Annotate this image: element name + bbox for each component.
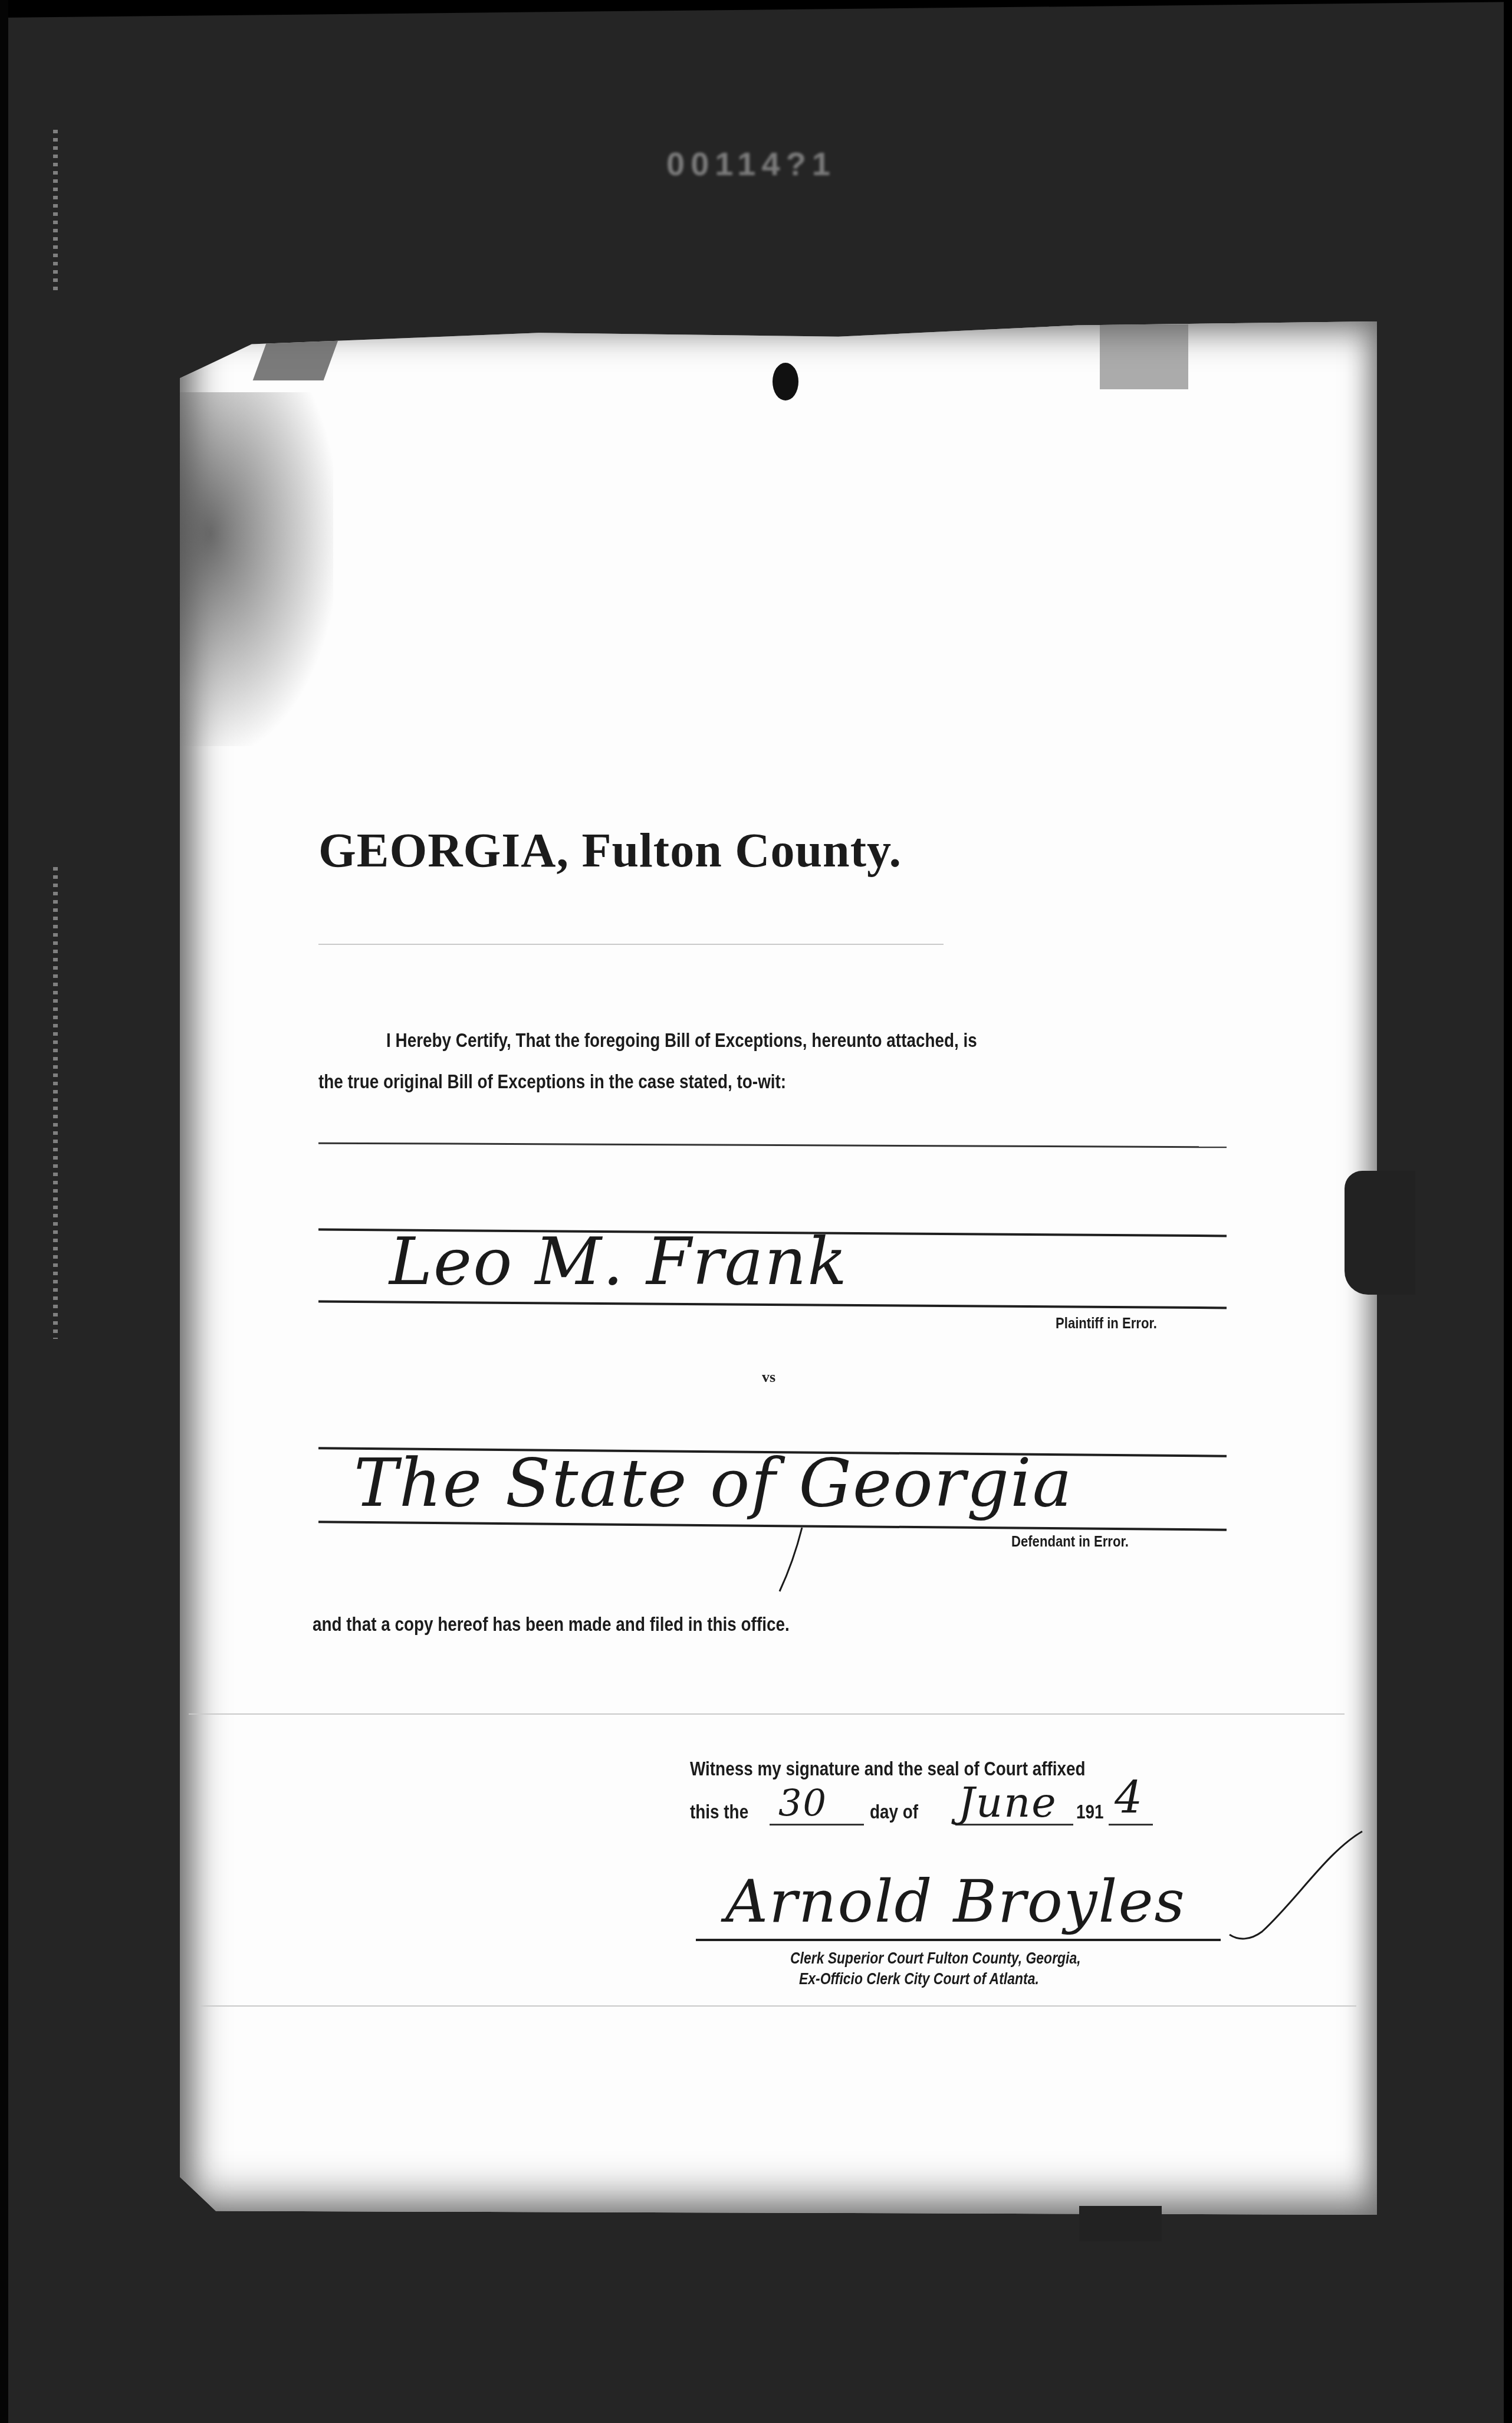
page-clip-tab: [1345, 1171, 1415, 1295]
defendant-label: Defendant in Error.: [1011, 1532, 1129, 1551]
film-edge-top: [0, 0, 1512, 18]
film-edge-right: [1504, 0, 1512, 2423]
witness-year-prefix: 191: [1076, 1801, 1104, 1824]
year-blank: [1109, 1824, 1153, 1826]
clerk-signature: Arnold Broyles: [725, 1867, 1186, 1936]
document-heading: GEORGIA, Fulton County.: [318, 823, 902, 878]
plaintiff-label: Plaintiff in Error.: [1056, 1314, 1157, 1332]
microfilm-frame-number: 00114?1: [666, 145, 836, 183]
page-stain: [180, 392, 333, 746]
year-handwritten: 4: [1115, 1772, 1143, 1823]
page-tear: [1100, 324, 1188, 389]
defendant-handwritten-name: The State of Georgia: [354, 1445, 1073, 1522]
month-handwritten: June: [958, 1778, 1057, 1827]
versus-label: vs: [762, 1368, 775, 1386]
faint-ruled-line: [189, 1713, 1345, 1715]
film-edge-left: [0, 0, 8, 2423]
faint-ruled-line: [318, 944, 944, 945]
certify-line-2: the true original Bill of Exceptions in …: [318, 1071, 786, 1094]
clerk-title-line-1: Clerk Superior Court Fulton County, Geor…: [790, 1949, 1081, 1968]
film-sprocket-marks: [53, 130, 58, 295]
certify-line-1: I Hereby Certify, That the foregoing Bil…: [386, 1029, 977, 1052]
punch-hole: [773, 363, 798, 400]
signature-flourish: [1227, 1828, 1368, 1946]
faint-ruled-line: [200, 2005, 1356, 2007]
page-tear: [253, 327, 343, 380]
copy-statement: and that a copy hereof has been made and…: [313, 1613, 790, 1636]
signature-line: [696, 1939, 1221, 1941]
clerk-title-line-2: Ex-Officio Clerk City Court of Atlanta.: [799, 1970, 1039, 1988]
witness-line: Witness my signature and the seal of Cou…: [690, 1758, 1086, 1781]
day-handwritten: 30: [778, 1781, 827, 1824]
handwriting-descender: [778, 1528, 814, 1593]
plaintiff-handwritten-name: Leo M. Frank: [389, 1224, 848, 1299]
witness-day-of: day of: [870, 1801, 918, 1824]
film-sprocket-marks: [53, 867, 58, 1339]
page-clip-tab: [1079, 2206, 1162, 2241]
witness-this-the: this the: [690, 1801, 748, 1824]
